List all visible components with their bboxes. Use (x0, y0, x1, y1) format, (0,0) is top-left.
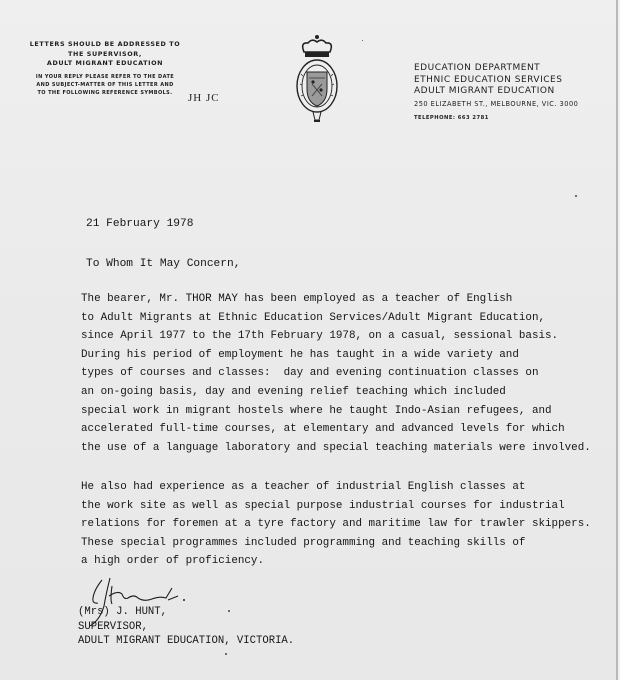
text-line: accelerated full-time courses, at elemen… (81, 420, 591, 439)
letterhead-left: LETTERS SHOULD BE ADDRESSED TO THE SUPER… (20, 40, 190, 97)
paper-speck (575, 195, 577, 197)
text-line: the use of a language laboratory and spe… (81, 439, 591, 458)
text-line: relations for foremen at a tyre factory … (81, 515, 591, 534)
address-instruction-line: ADULT MIGRANT EDUCATION (20, 59, 190, 69)
letter-page: LETTERS SHOULD BE ADDRESSED TO THE SUPER… (0, 0, 616, 680)
address-instruction-line: THE SUPERVISOR, (20, 50, 190, 60)
address-instruction-line: LETTERS SHOULD BE ADDRESSED TO (20, 40, 190, 50)
text-line: special work in migrant hostels where he… (81, 402, 591, 421)
paper-speck (228, 610, 230, 612)
signatory-title: SUPERVISOR, (78, 620, 294, 635)
department-name: EDUCATION DEPARTMENT (414, 63, 578, 75)
text-line: During his period of employment he has t… (81, 346, 591, 365)
signature-block: (Mrs) J. HUNT, SUPERVISOR, ADULT MIGRANT… (78, 605, 294, 649)
paper-speck (362, 40, 363, 41)
reply-note: IN YOUR REPLY PLEASE REFER TO THE DATE A… (20, 73, 190, 97)
letter-date: 21 February 1978 (86, 218, 193, 230)
letterhead-right: EDUCATION DEPARTMENT ETHNIC EDUCATION SE… (414, 63, 578, 121)
text-line: types of courses and classes: day and ev… (81, 364, 591, 383)
coat-of-arms-crest-icon (292, 34, 342, 124)
paragraph-2: He also had experience as a teacher of i… (81, 478, 591, 571)
street-address: 250 ELIZABETH ST., MELBOURNE, VIC. 3000 (414, 99, 578, 110)
text-line: to Adult Migrants at Ethnic Education Se… (81, 309, 591, 328)
text-line: a high order of proficiency. (81, 552, 591, 571)
text-line: The bearer, Mr. THOR MAY has been employ… (81, 290, 591, 309)
text-line: the work site as well as special purpose… (81, 497, 591, 516)
text-line: an on-going basis, day and evening relie… (81, 383, 591, 402)
section-name: ADULT MIGRANT EDUCATION (414, 86, 578, 98)
signatory-name: (Mrs) J. HUNT, (78, 605, 294, 620)
text-line: since April 1977 to the 17th February 19… (81, 327, 591, 346)
paragraph-1: The bearer, Mr. THOR MAY has been employ… (81, 290, 591, 457)
division-name: ETHNIC EDUCATION SERVICES (414, 75, 578, 87)
telephone-number: TELEPHONE: 663 2781 (414, 115, 578, 121)
reply-note-line: IN YOUR REPLY PLEASE REFER TO THE DATE (20, 73, 190, 81)
reply-note-line: AND SUBJECT-MATTER OF THIS LETTER AND (20, 81, 190, 89)
text-line: These special programmes included progra… (81, 534, 591, 553)
signatory-organization: ADULT MIGRANT EDUCATION, VICTORIA. (78, 634, 294, 649)
salutation: To Whom It May Concern, (86, 258, 240, 270)
reply-note-line: TO THE FOLLOWING REFERENCE SYMBOLS. (20, 89, 190, 97)
reference-symbols: JH JC (188, 92, 220, 104)
text-line: He also had experience as a teacher of i… (81, 478, 591, 497)
paper-speck (225, 653, 227, 655)
